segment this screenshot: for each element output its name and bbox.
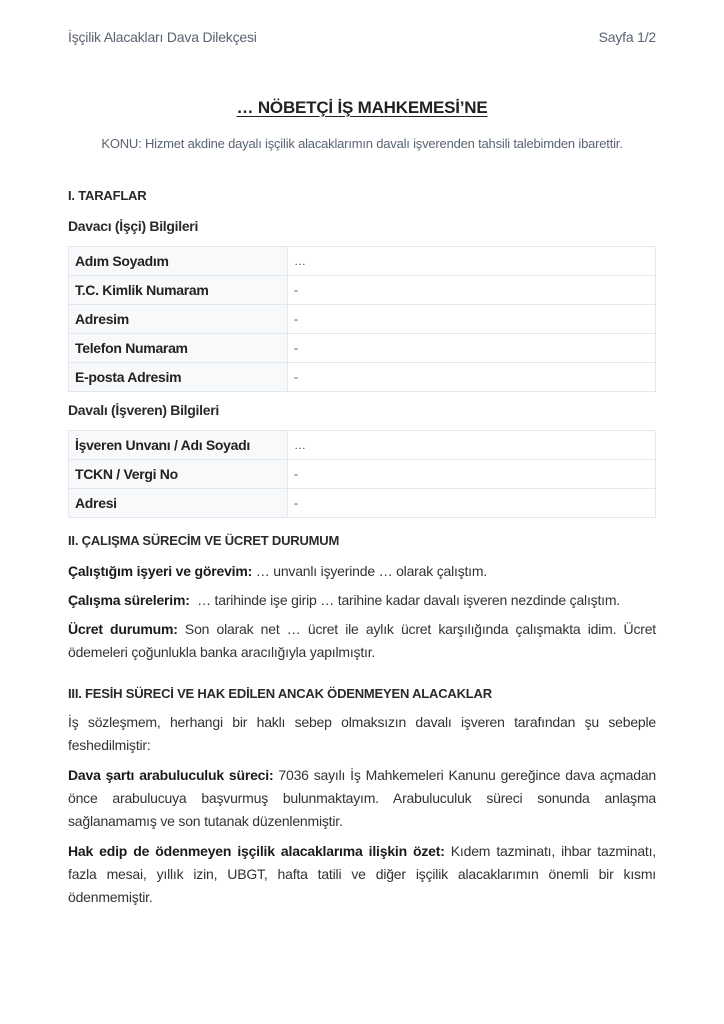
table-row: TCKN / Vergi No - <box>69 460 656 489</box>
row-label: T.C. Kimlik Numaram <box>69 276 288 305</box>
table-row: Adresim - <box>69 305 656 334</box>
row-value: … <box>288 431 656 460</box>
employment-workplace-paragraph: Çalıştığım işyeri ve görevim: … unvanlı … <box>68 560 656 583</box>
termination-intro-paragraph: İş sözleşmem, herhangi bir haklı sebep o… <box>68 711 656 757</box>
table-row: Adresi - <box>69 489 656 518</box>
defendant-info-heading: Davalı (İşveren) Bilgileri <box>68 400 656 420</box>
employment-period-paragraph: Çalışma sürelerim: … tarihinde işe girip… <box>68 589 656 612</box>
paragraph-label: Çalışma sürelerim: <box>68 592 190 608</box>
row-value: - <box>288 489 656 518</box>
wage-status-paragraph: Ücret durumum: Son olarak net … ücret il… <box>68 618 656 664</box>
row-label: İşveren Unvanı / Adı Soyadı <box>69 431 288 460</box>
row-value: - <box>288 460 656 489</box>
row-label: Adresi <box>69 489 288 518</box>
paragraph-label: Çalıştığım işyeri ve görevim: <box>68 563 252 579</box>
section-employment-heading: II. ÇALIŞMA SÜRECİM VE ÜCRET DURUMUM <box>68 532 656 550</box>
mediation-paragraph: Dava şartı arabuluculuk süreci: 7036 say… <box>68 764 656 833</box>
defendant-info-table: İşveren Unvanı / Adı Soyadı … TCKN / Ver… <box>68 430 656 518</box>
paragraph-label: Dava şartı arabuluculuk süreci: <box>68 767 273 783</box>
page-header: İşçilik Alacakları Dava Dilekçesi Sayfa … <box>68 29 656 45</box>
table-row: Telefon Numaram - <box>69 334 656 363</box>
section-parties-heading: I. TARAFLAR <box>68 187 656 205</box>
page-indicator: Sayfa 1/2 <box>599 29 656 45</box>
unpaid-claims-paragraph: Hak edip de ödenmeyen işçilik alacakları… <box>68 840 656 909</box>
table-row: T.C. Kimlik Numaram - <box>69 276 656 305</box>
row-label: Adresim <box>69 305 288 334</box>
document-body: … NÖBETÇİ İŞ MAHKEMESİ’NE KONU: Hizmet a… <box>68 96 656 909</box>
row-value: - <box>288 305 656 334</box>
row-value: … <box>288 247 656 276</box>
plaintiff-info-table: Adım Soyadım … T.C. Kimlik Numaram - Adr… <box>68 246 656 392</box>
table-row: İşveren Unvanı / Adı Soyadı … <box>69 431 656 460</box>
paragraph-label: Ücret durumum: <box>68 621 178 637</box>
paragraph-label: Hak edip de ödenmeyen işçilik alacakları… <box>68 843 445 859</box>
table-row: Adım Soyadım … <box>69 247 656 276</box>
subject-line: KONU: Hizmet akdine dayalı işçilik alaca… <box>68 135 656 153</box>
row-label: E-posta Adresim <box>69 363 288 392</box>
paragraph-text: … unvanlı işyerinde … olarak çalıştım. <box>252 563 487 579</box>
court-title: … NÖBETÇİ İŞ MAHKEMESİ’NE <box>68 96 656 120</box>
table-row: E-posta Adresim - <box>69 363 656 392</box>
row-label: TCKN / Vergi No <box>69 460 288 489</box>
section-termination-heading: III. FESİH SÜRECİ VE HAK EDİLEN ANCAK ÖD… <box>68 685 656 703</box>
row-label: Telefon Numaram <box>69 334 288 363</box>
row-value: - <box>288 334 656 363</box>
row-value: - <box>288 276 656 305</box>
plaintiff-info-heading: Davacı (İşçi) Bilgileri <box>68 216 656 236</box>
row-label: Adım Soyadım <box>69 247 288 276</box>
row-value: - <box>288 363 656 392</box>
paragraph-text: … tarihinde işe girip … tarihine kadar d… <box>190 592 620 608</box>
document-label: İşçilik Alacakları Dava Dilekçesi <box>68 29 257 45</box>
